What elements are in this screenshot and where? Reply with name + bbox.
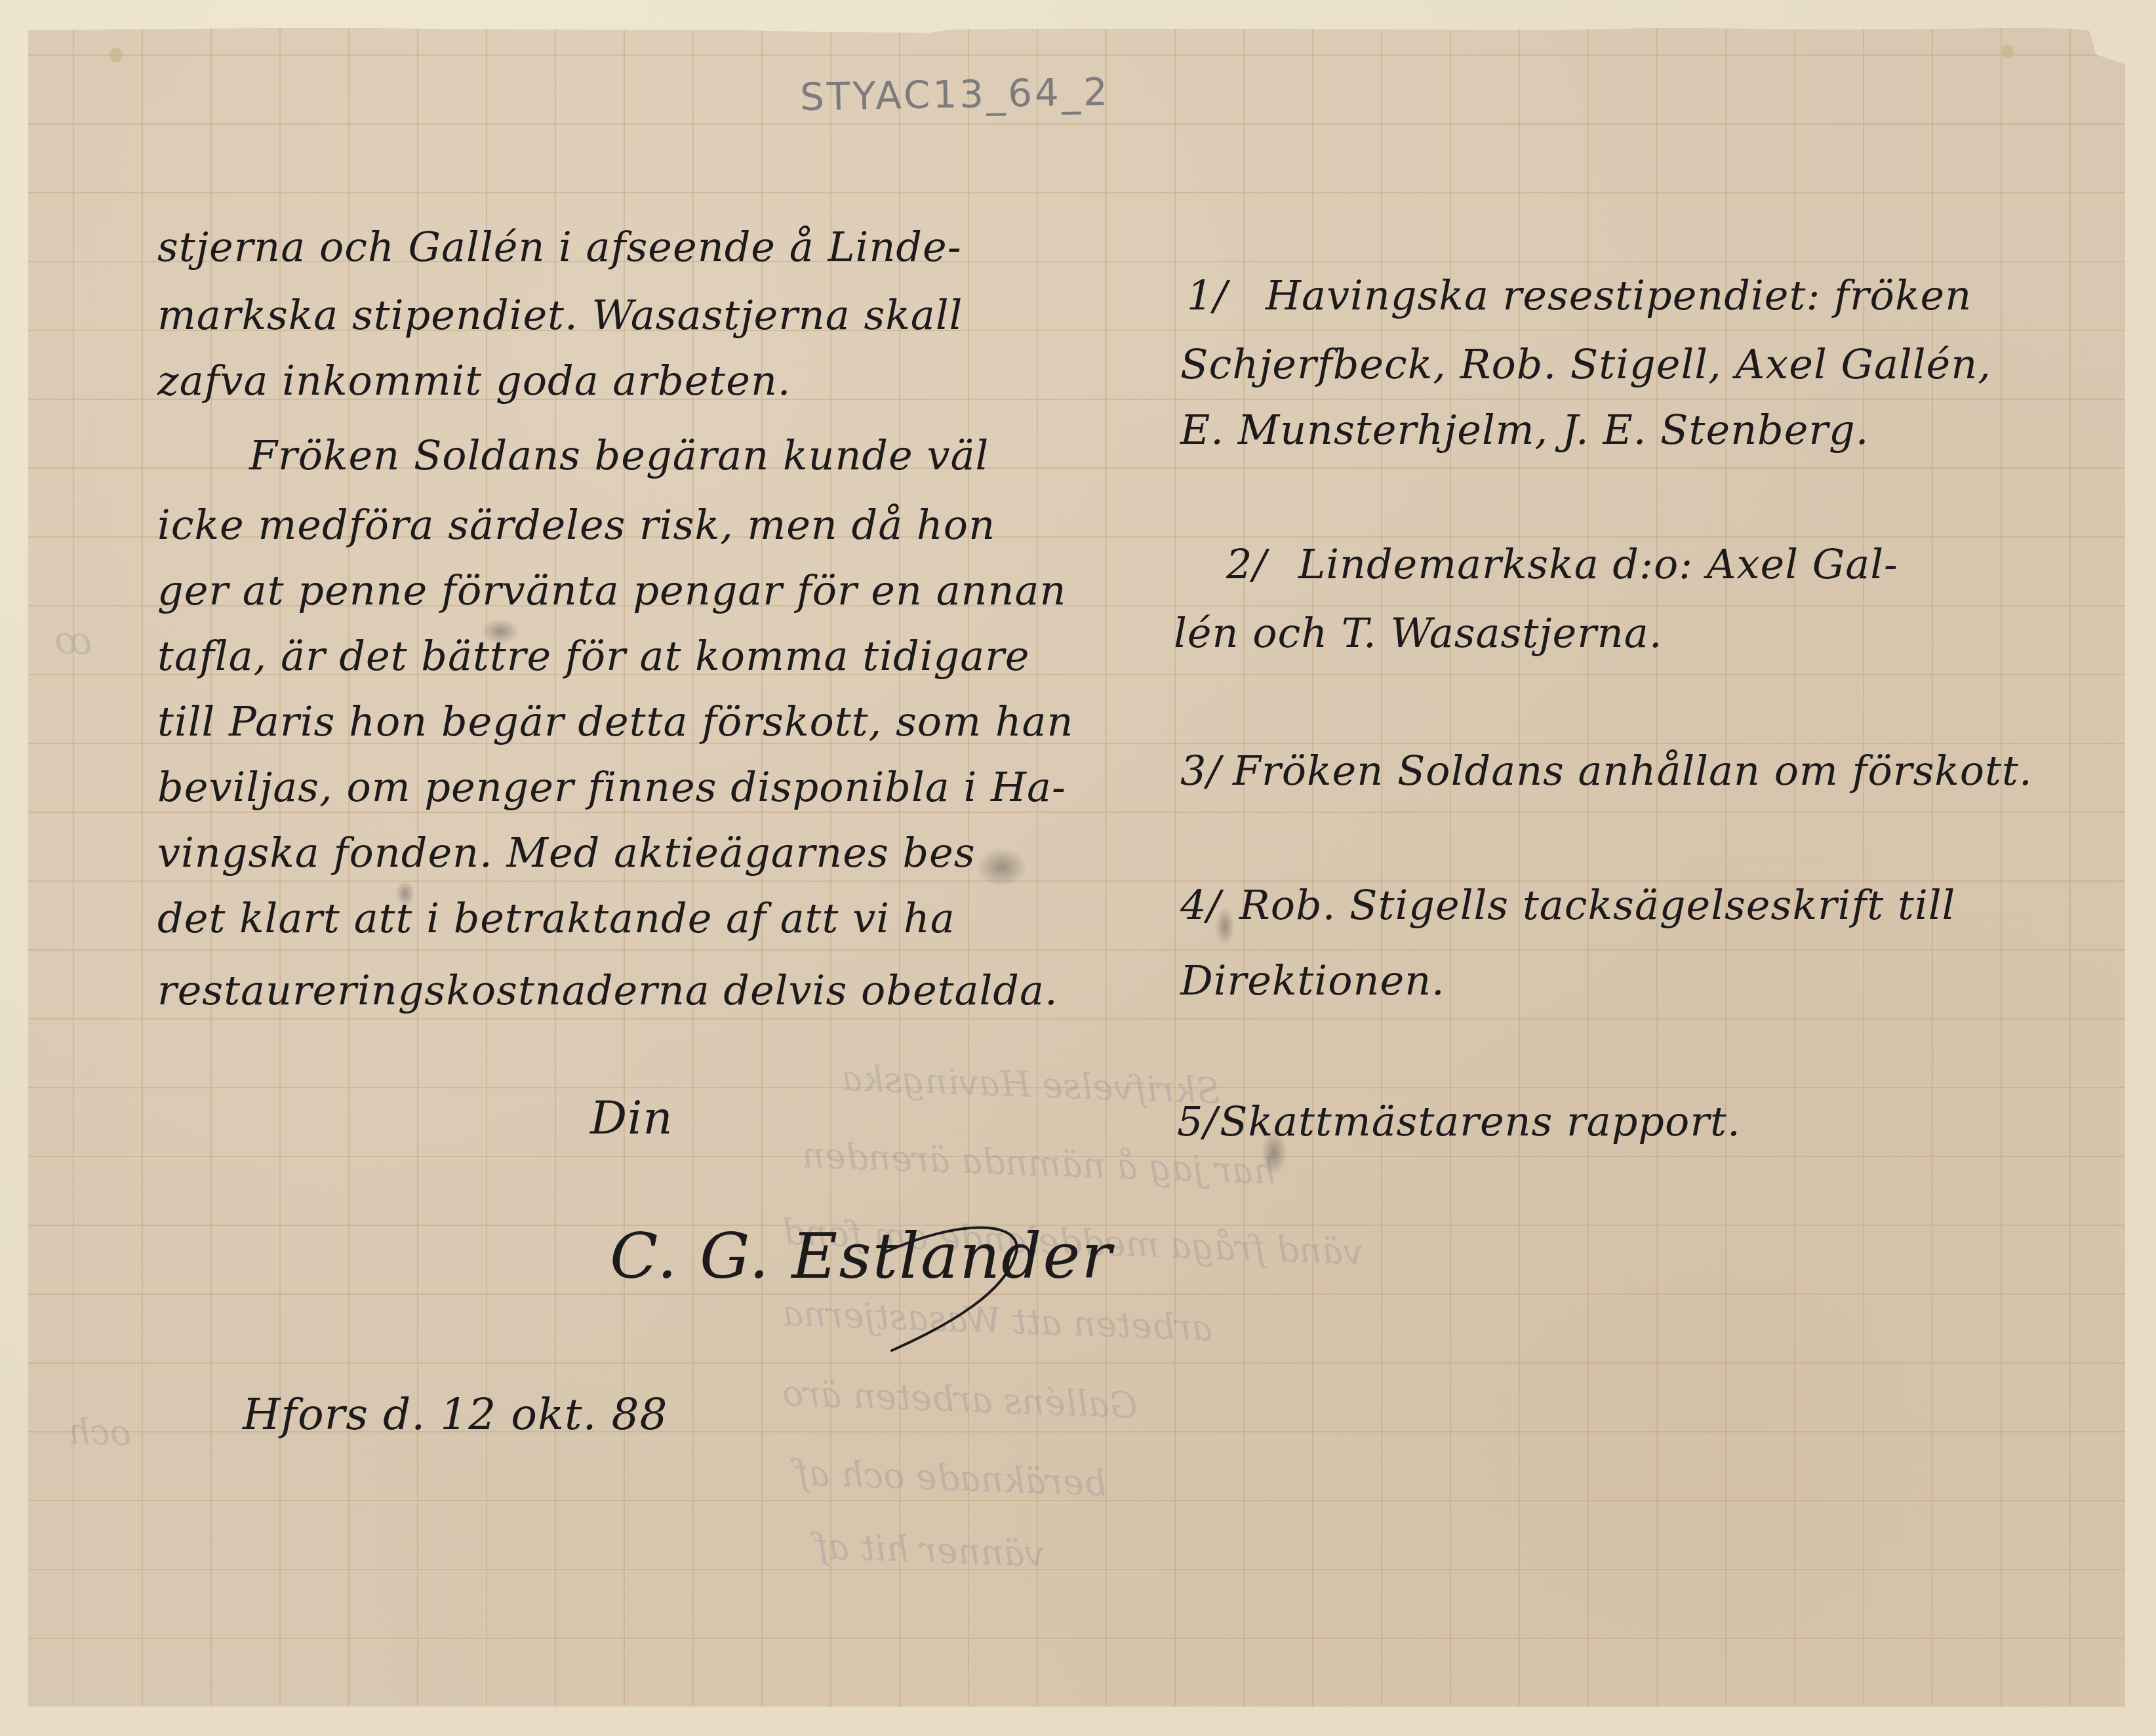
bleed-through-text: ꝏ [54,618,93,663]
letter-line: beviljas, om penger finnes disponibla i … [157,767,1066,808]
letter-line: vingska fonden. Med aktieägarnes bes [157,833,976,873]
letter-line: markska stipendiet. Wasastjerna skall [157,295,963,336]
paper-hole [110,48,123,62]
letter-line: tafla, är det bättre för at komma tidiga… [157,636,1029,677]
letter-dateline: Hfors d. 12 okt. 88 [243,1393,668,1436]
agenda-item-line: Schjerfbeck, Rob. Stigell, Axel Gallén, [1180,344,1991,385]
agenda-item-line: lén och T. Wasastjerna. [1174,613,1662,654]
agenda-item-number: 4/ [1180,885,1221,926]
bleed-through-text: och [67,1410,132,1453]
agenda-item-line: Lindemarkska d:o: Axel Gal- [1298,544,1898,585]
letter-line: zafva inkommit goda arbeten. [157,361,791,401]
letter-line: det klart att i betraktande af att vi ha [157,898,955,939]
bleed-through-text: beräknade och af [795,1452,1108,1505]
agenda-item-line: Havingska resestipendiet: fröken [1266,275,1972,316]
ink-smudge [976,848,1028,887]
agenda-item-number: 2/ [1226,544,1267,585]
agenda-item-number: 5/ [1177,1101,1218,1142]
bleed-through-text: Galléns arbeten äro [782,1373,1138,1427]
letter-line: Fröken Soldans begäran kunde väl [249,435,989,476]
agenda-item-line: Direktionen. [1180,960,1445,1001]
letter-line: stjerna och Gallén i afseende å Linde- [157,227,962,267]
letter-closing: Din [590,1095,673,1141]
paper-hole [2002,45,2014,59]
bleed-through-text: Skrifvelse Havingska [841,1057,1221,1112]
agenda-item-line: E. Munsterhjelm, J. E. Stenberg. [1180,410,1869,450]
agenda-item-line: Fröken Soldans anhållan om förskott. [1233,751,2033,791]
letter-line: till Paris hon begär detta förskott, som… [157,701,1074,742]
bleed-through-text: vänner hit af [814,1526,1045,1575]
agenda-item-line: Skattmästarens rapport. [1220,1101,1741,1142]
signature-flourish [879,1213,1049,1357]
letter-line: icke medföra särdeles risk, men då hon [157,505,995,545]
agenda-item-number: 3/ [1180,751,1221,791]
letter-line: ger at penne förvänta pengar för en anna… [157,570,1066,611]
agenda-item-line: Rob. Stigells tacksägelseskrift till [1239,885,1955,926]
letter-line: restaureringskostnaderna delvis obetalda… [157,970,1058,1011]
archive-reference-label: STYAC13_64_2 [799,69,1110,119]
agenda-item-number: 1/ [1187,275,1228,316]
